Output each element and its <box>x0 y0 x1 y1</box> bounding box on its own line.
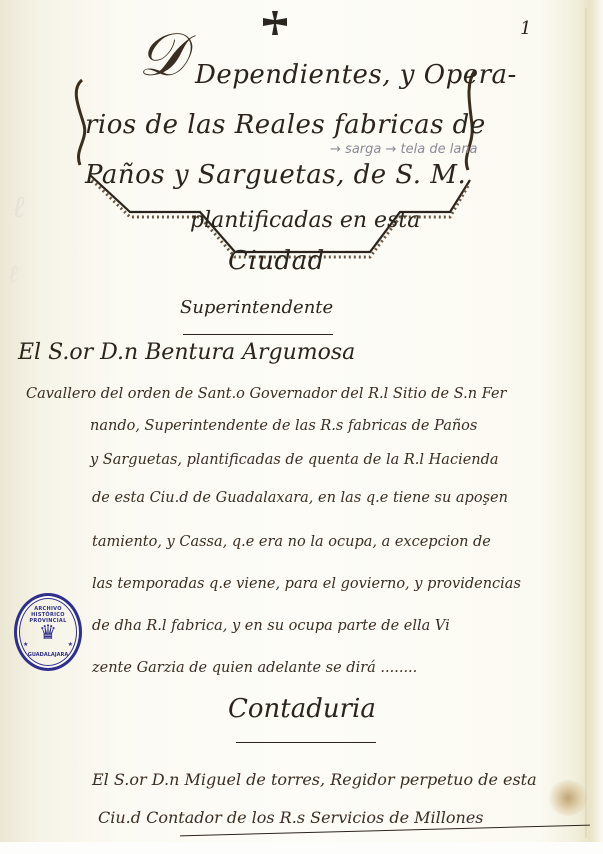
body-line: El S.or D.n Miguel de torres, Regidor pe… <box>92 770 537 789</box>
title-line-2: rios de las Reales fabricas de <box>85 110 486 140</box>
title-line-5: Ciudad <box>228 246 325 276</box>
body-line: zente Garzia de quien adelante se dirá .… <box>92 660 417 676</box>
pencil-annotation: → sarga → tela de lana <box>330 142 478 157</box>
archive-stamp: ARCHIVO HISTÓRICO PROVINCIAL ♛ ★ ★ GUADA… <box>14 593 82 671</box>
stamp-text-bottom: GUADALAJARA <box>17 652 79 658</box>
heading-underline <box>236 742 376 743</box>
title-line-3: Paños y Sarguetas, de S. M. <box>85 160 466 190</box>
stamp-text-top: ARCHIVO HISTÓRICO PROVINCIAL <box>17 606 79 624</box>
section-heading-superintendente: Superintendente <box>180 297 333 318</box>
body-line: las temporadas q.e viene, para el govier… <box>92 576 521 592</box>
annotation-word-1: sarga <box>345 142 381 157</box>
body-line: Ciu.d Contador de los R.s Servicios de M… <box>98 808 484 827</box>
bleed-through-text: ℓ <box>12 190 25 225</box>
arrow-icon: → <box>386 142 397 157</box>
title-line-1: Dependientes, y Opera- <box>195 60 517 90</box>
cross-pattee-icon <box>262 10 288 40</box>
arrow-icon: → <box>330 142 341 157</box>
body-line: nando, Superintendente de las R.s fabric… <box>90 418 477 434</box>
star-icon: ★ <box>23 641 28 648</box>
double-headed-eagle-icon: ♛ <box>39 622 57 642</box>
manuscript-page: ℓ ℓ 1 𝒟 Dependientes, y Opera- rios de l… <box>0 0 603 842</box>
body-line: tamiento, y Cassa, q.e era no la ocupa, … <box>92 534 491 550</box>
folio-number: 1 <box>520 18 531 39</box>
page-edge <box>585 8 587 838</box>
entry-name-superintendente: El S.or D.n Bentura Argumosa <box>18 340 355 365</box>
annotation-word-2: tela de lana <box>401 142 478 157</box>
title-line-4: plantificadas en esta <box>190 208 420 233</box>
body-line: y Sarguetas, plantificadas de quenta de … <box>90 452 499 468</box>
body-line: Cavallero del orden de Sant.o Governador… <box>26 386 506 402</box>
ink-stain <box>548 780 588 816</box>
heading-underline <box>183 334 333 335</box>
ornamental-initial: 𝒟 <box>138 20 186 90</box>
body-line: de esta Ciu.d de Guadalaxara, en las q.e… <box>92 490 508 506</box>
section-heading-contaduria: Contaduria <box>228 694 376 724</box>
scan-margin <box>0 842 603 854</box>
bleed-through-text: ℓ <box>8 260 18 289</box>
body-line: de dha R.l fabrica, y en su ocupa parte … <box>92 618 450 634</box>
star-icon: ★ <box>68 641 73 648</box>
